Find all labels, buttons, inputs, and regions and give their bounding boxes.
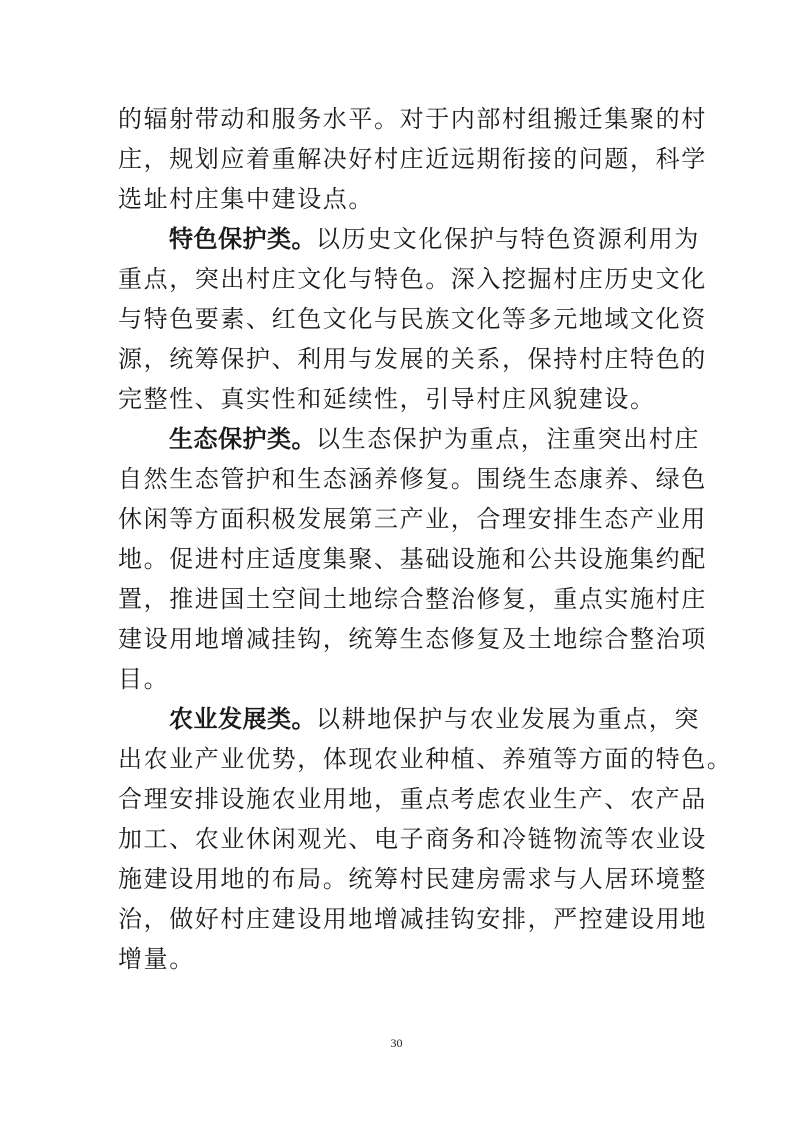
body-text: 的辐射带动和服务水平。对于内部村组搬迁集聚的村 庄，规划应着重解决好村庄近远期衔… [118, 99, 684, 979]
document-page: 的辐射带动和服务水平。对于内部村组搬迁集聚的村 庄，规划应着重解决好村庄近远期衔… [0, 0, 793, 1122]
text-line: 休闲等方面积极发展第三产业，合理安排生态产业用 [118, 499, 684, 539]
text-line: 加工、农业休闲观光、电子商务和冷链物流等农业设 [118, 819, 684, 859]
text-run: 以生态保护为重点，注重突出村庄 [316, 425, 700, 453]
paragraph-agricultural-development: 农业发展类。以耕地保护与农业发展为重点，突 出农业产业优势，体现农业种植、养殖等… [118, 699, 684, 979]
text-run: 以历史文化保护与特色资源利用为 [316, 225, 700, 253]
text-line: 重点，突出村庄文化与特色。深入挖掘村庄历史文化 [118, 259, 684, 299]
text-line: 的辐射带动和服务水平。对于内部村组搬迁集聚的村 [118, 99, 684, 139]
page-number: 30 [0, 1036, 793, 1051]
text-line: 自然生态管护和生态涵养修复。围绕生态康养、绿色 [118, 459, 684, 499]
text-line: 治，做好村庄建设用地增减挂钩安排，严控建设用地 [118, 899, 684, 939]
text-line: 选址村庄集中建设点。 [118, 179, 684, 219]
text-line: 施建设用地的布局。统筹村民建房需求与人居环境整 [118, 859, 684, 899]
text-run: 以耕地保护与农业发展为重点，突 [316, 705, 700, 733]
paragraph-ecological-protection: 生态保护类。以生态保护为重点，注重突出村庄 自然生态管护和生态涵养修复。围绕生态… [118, 419, 684, 699]
paragraph-heading: 农业发展类。 [169, 705, 316, 733]
paragraph-heading: 生态保护类。 [169, 425, 316, 453]
text-line: 目。 [118, 659, 684, 699]
text-line: 庄，规划应着重解决好村庄近远期衔接的问题，科学 [118, 139, 684, 179]
text-line: 合理安排设施农业用地，重点考虑农业生产、农产品 [118, 779, 684, 819]
text-line: 出农业产业优势，体现农业种植、养殖等方面的特色。 [118, 739, 684, 779]
text-line: 源，统筹保护、利用与发展的关系，保持村庄特色的 [118, 339, 684, 379]
text-line: 完整性、真实性和延续性，引导村庄风貌建设。 [118, 379, 684, 419]
text-line: 增量。 [118, 939, 684, 979]
paragraph-heading: 特色保护类。 [169, 225, 316, 253]
paragraph-continuation: 的辐射带动和服务水平。对于内部村组搬迁集聚的村 庄，规划应着重解决好村庄近远期衔… [118, 99, 684, 219]
text-line: 建设用地增减挂钩，统筹生态修复及土地综合整治项 [118, 619, 684, 659]
paragraph-characteristic-protection: 特色保护类。以历史文化保护与特色资源利用为 重点，突出村庄文化与特色。深入挖掘村… [118, 219, 684, 419]
text-line: 置，推进国土空间土地综合整治修复，重点实施村庄 [118, 579, 684, 619]
text-line-first: 特色保护类。以历史文化保护与特色资源利用为 [118, 219, 684, 259]
text-line: 地。促进村庄适度集聚、基础设施和公共设施集约配 [118, 539, 684, 579]
text-line-first: 生态保护类。以生态保护为重点，注重突出村庄 [118, 419, 684, 459]
text-line: 与特色要素、红色文化与民族文化等多元地域文化资 [118, 299, 684, 339]
text-line-first: 农业发展类。以耕地保护与农业发展为重点，突 [118, 699, 684, 739]
